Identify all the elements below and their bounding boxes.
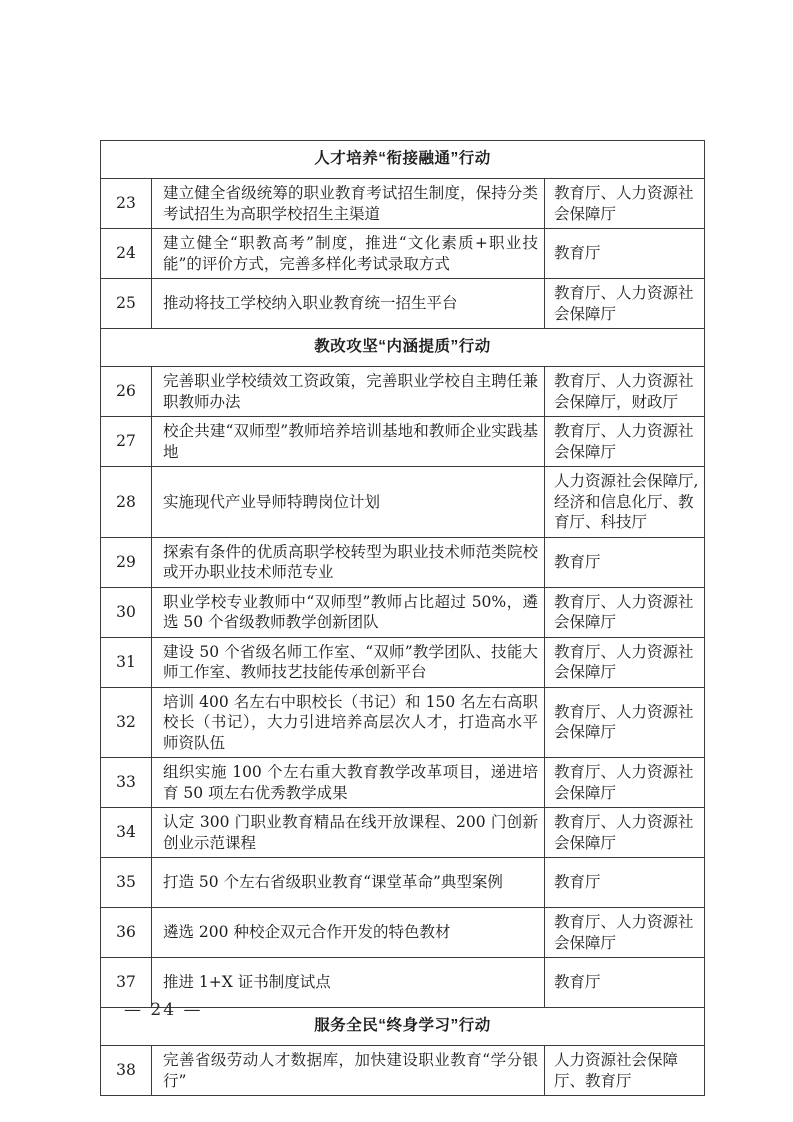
action-plan-table-body: 人才培养“衔接融通”行动23建立健全省级统筹的职业教育考试招生制度，保持分类考试…: [101, 141, 705, 1096]
department-cell: 教育厅、人力资源社会保障厅，财政厅: [545, 367, 705, 417]
section-header-row: 教改攻坚“内涵提质”行动: [101, 329, 705, 367]
task-cell: 遴选 200 种校企双元合作开发的特色教材: [152, 908, 545, 958]
table-row: 28实施现代产业导师特聘岗位计划人力资源社会保障厅,经济和信息化厅、教育厅、科技…: [101, 467, 705, 538]
row-number: 32: [101, 687, 152, 758]
department-cell: 教育厅: [545, 958, 705, 1008]
task-cell: 完善职业学校绩效工资政策，完善职业学校自主聘任兼职教师办法: [152, 367, 545, 417]
department-cell: 教育厅: [545, 537, 705, 587]
row-number: 27: [101, 417, 152, 467]
task-cell: 探索有条件的优质高职学校转型为职业技术师范类院校或开办职业技术师范专业: [152, 537, 545, 587]
task-cell: 培训 400 名左右中职校长（书记）和 150 名左右高职校长（书记），大力引进…: [152, 687, 545, 758]
table-row: 25推动将技工学校纳入职业教育统一招生平台教育厅、人力资源社会保障厅: [101, 279, 705, 329]
row-number: 36: [101, 908, 152, 958]
task-cell: 实施现代产业导师特聘岗位计划: [152, 467, 545, 538]
task-cell: 完善省级劳动人才数据库，加快建设职业教育“学分银行”: [152, 1046, 545, 1096]
task-cell: 职业学校专业教师中“双师型”教师占比超过 50%，遴选 50 个省级教师教学创新…: [152, 587, 545, 637]
department-cell: 教育厅、人力资源社会保障厅: [545, 908, 705, 958]
section-title: 教改攻坚“内涵提质”行动: [101, 329, 705, 367]
section-header-row: 人才培养“衔接融通”行动: [101, 141, 705, 179]
task-cell: 推进 1+X 证书制度试点: [152, 958, 545, 1008]
task-cell: 打造 50 个左右省级职业教育“课堂革命”典型案例: [152, 858, 545, 908]
department-cell: 教育厅、人力资源社会保障厅: [545, 279, 705, 329]
table-row: 23建立健全省级统筹的职业教育考试招生制度，保持分类考试招生为高职学校招生主渠道…: [101, 179, 705, 229]
department-cell: 教育厅、人力资源社会保障厅: [545, 179, 705, 229]
department-cell: 教育厅、人力资源社会保障厅: [545, 758, 705, 808]
department-cell: 教育厅、人力资源社会保障厅: [545, 808, 705, 858]
table-row: 30职业学校专业教师中“双师型”教师占比超过 50%，遴选 50 个省级教师教学…: [101, 587, 705, 637]
row-number: 30: [101, 587, 152, 637]
table-row: 36遴选 200 种校企双元合作开发的特色教材教育厅、人力资源社会保障厅: [101, 908, 705, 958]
row-number: 24: [101, 229, 152, 279]
table-row: 35打造 50 个左右省级职业教育“课堂革命”典型案例教育厅: [101, 858, 705, 908]
table-row: 34认定 300 门职业教育精品在线开放课程、200 门创新创业示范课程教育厅、…: [101, 808, 705, 858]
table-row: 29探索有条件的优质高职学校转型为职业技术师范类院校或开办职业技术师范专业教育厅: [101, 537, 705, 587]
row-number: 29: [101, 537, 152, 587]
department-cell: 教育厅、人力资源社会保障厅: [545, 587, 705, 637]
table-row: 32培训 400 名左右中职校长（书记）和 150 名左右高职校长（书记），大力…: [101, 687, 705, 758]
table-row: 26完善职业学校绩效工资政策，完善职业学校自主聘任兼职教师办法教育厅、人力资源社…: [101, 367, 705, 417]
table-row: 33组织实施 100 个左右重大教育教学改革项目，递进培育 50 项左右优秀教学…: [101, 758, 705, 808]
department-cell: 教育厅、人力资源社会保障厅: [545, 417, 705, 467]
task-cell: 认定 300 门职业教育精品在线开放课程、200 门创新创业示范课程: [152, 808, 545, 858]
department-cell: 人力资源社会保障厅,经济和信息化厅、教育厅、科技厅: [545, 467, 705, 538]
task-cell: 推动将技工学校纳入职业教育统一招生平台: [152, 279, 545, 329]
row-number: 38: [101, 1046, 152, 1096]
action-plan-table: 人才培养“衔接融通”行动23建立健全省级统筹的职业教育考试招生制度，保持分类考试…: [100, 140, 705, 1096]
task-cell: 建立健全省级统筹的职业教育考试招生制度，保持分类考试招生为高职学校招生主渠道: [152, 179, 545, 229]
task-cell: 建设 50 个省级名师工作室、“双师”教学团队、技能大师工作室、教师技艺技能传承…: [152, 637, 545, 687]
department-cell: 教育厅: [545, 229, 705, 279]
department-cell: 教育厅、人力资源社会保障厅: [545, 637, 705, 687]
task-cell: 建立健全“职教高考”制度，推进“文化素质+职业技能”的评价方式，完善多样化考试录…: [152, 229, 545, 279]
department-cell: 教育厅、人力资源社会保障厅: [545, 687, 705, 758]
row-number: 26: [101, 367, 152, 417]
row-number: 25: [101, 279, 152, 329]
task-cell: 组织实施 100 个左右重大教育教学改革项目，递进培育 50 项左右优秀教学成果: [152, 758, 545, 808]
page-number: — 24 —: [124, 1000, 202, 1020]
section-title: 人才培养“衔接融通”行动: [101, 141, 705, 179]
table-row: 31建设 50 个省级名师工作室、“双师”教学团队、技能大师工作室、教师技艺技能…: [101, 637, 705, 687]
row-number: 34: [101, 808, 152, 858]
row-number: 23: [101, 179, 152, 229]
row-number: 31: [101, 637, 152, 687]
department-cell: 人力资源社会保障厅、教育厅: [545, 1046, 705, 1096]
row-number: 35: [101, 858, 152, 908]
document-page: 人才培养“衔接融通”行动23建立健全省级统筹的职业教育考试招生制度，保持分类考试…: [0, 0, 793, 1122]
table-row: 27校企共建“双师型”教师培养培训基地和教师企业实践基地教育厅、人力资源社会保障…: [101, 417, 705, 467]
department-cell: 教育厅: [545, 858, 705, 908]
table-row: 38完善省级劳动人才数据库，加快建设职业教育“学分银行”人力资源社会保障厅、教育…: [101, 1046, 705, 1096]
task-cell: 校企共建“双师型”教师培养培训基地和教师企业实践基地: [152, 417, 545, 467]
table-row: 24建立健全“职教高考”制度，推进“文化素质+职业技能”的评价方式，完善多样化考…: [101, 229, 705, 279]
row-number: 28: [101, 467, 152, 538]
row-number: 33: [101, 758, 152, 808]
